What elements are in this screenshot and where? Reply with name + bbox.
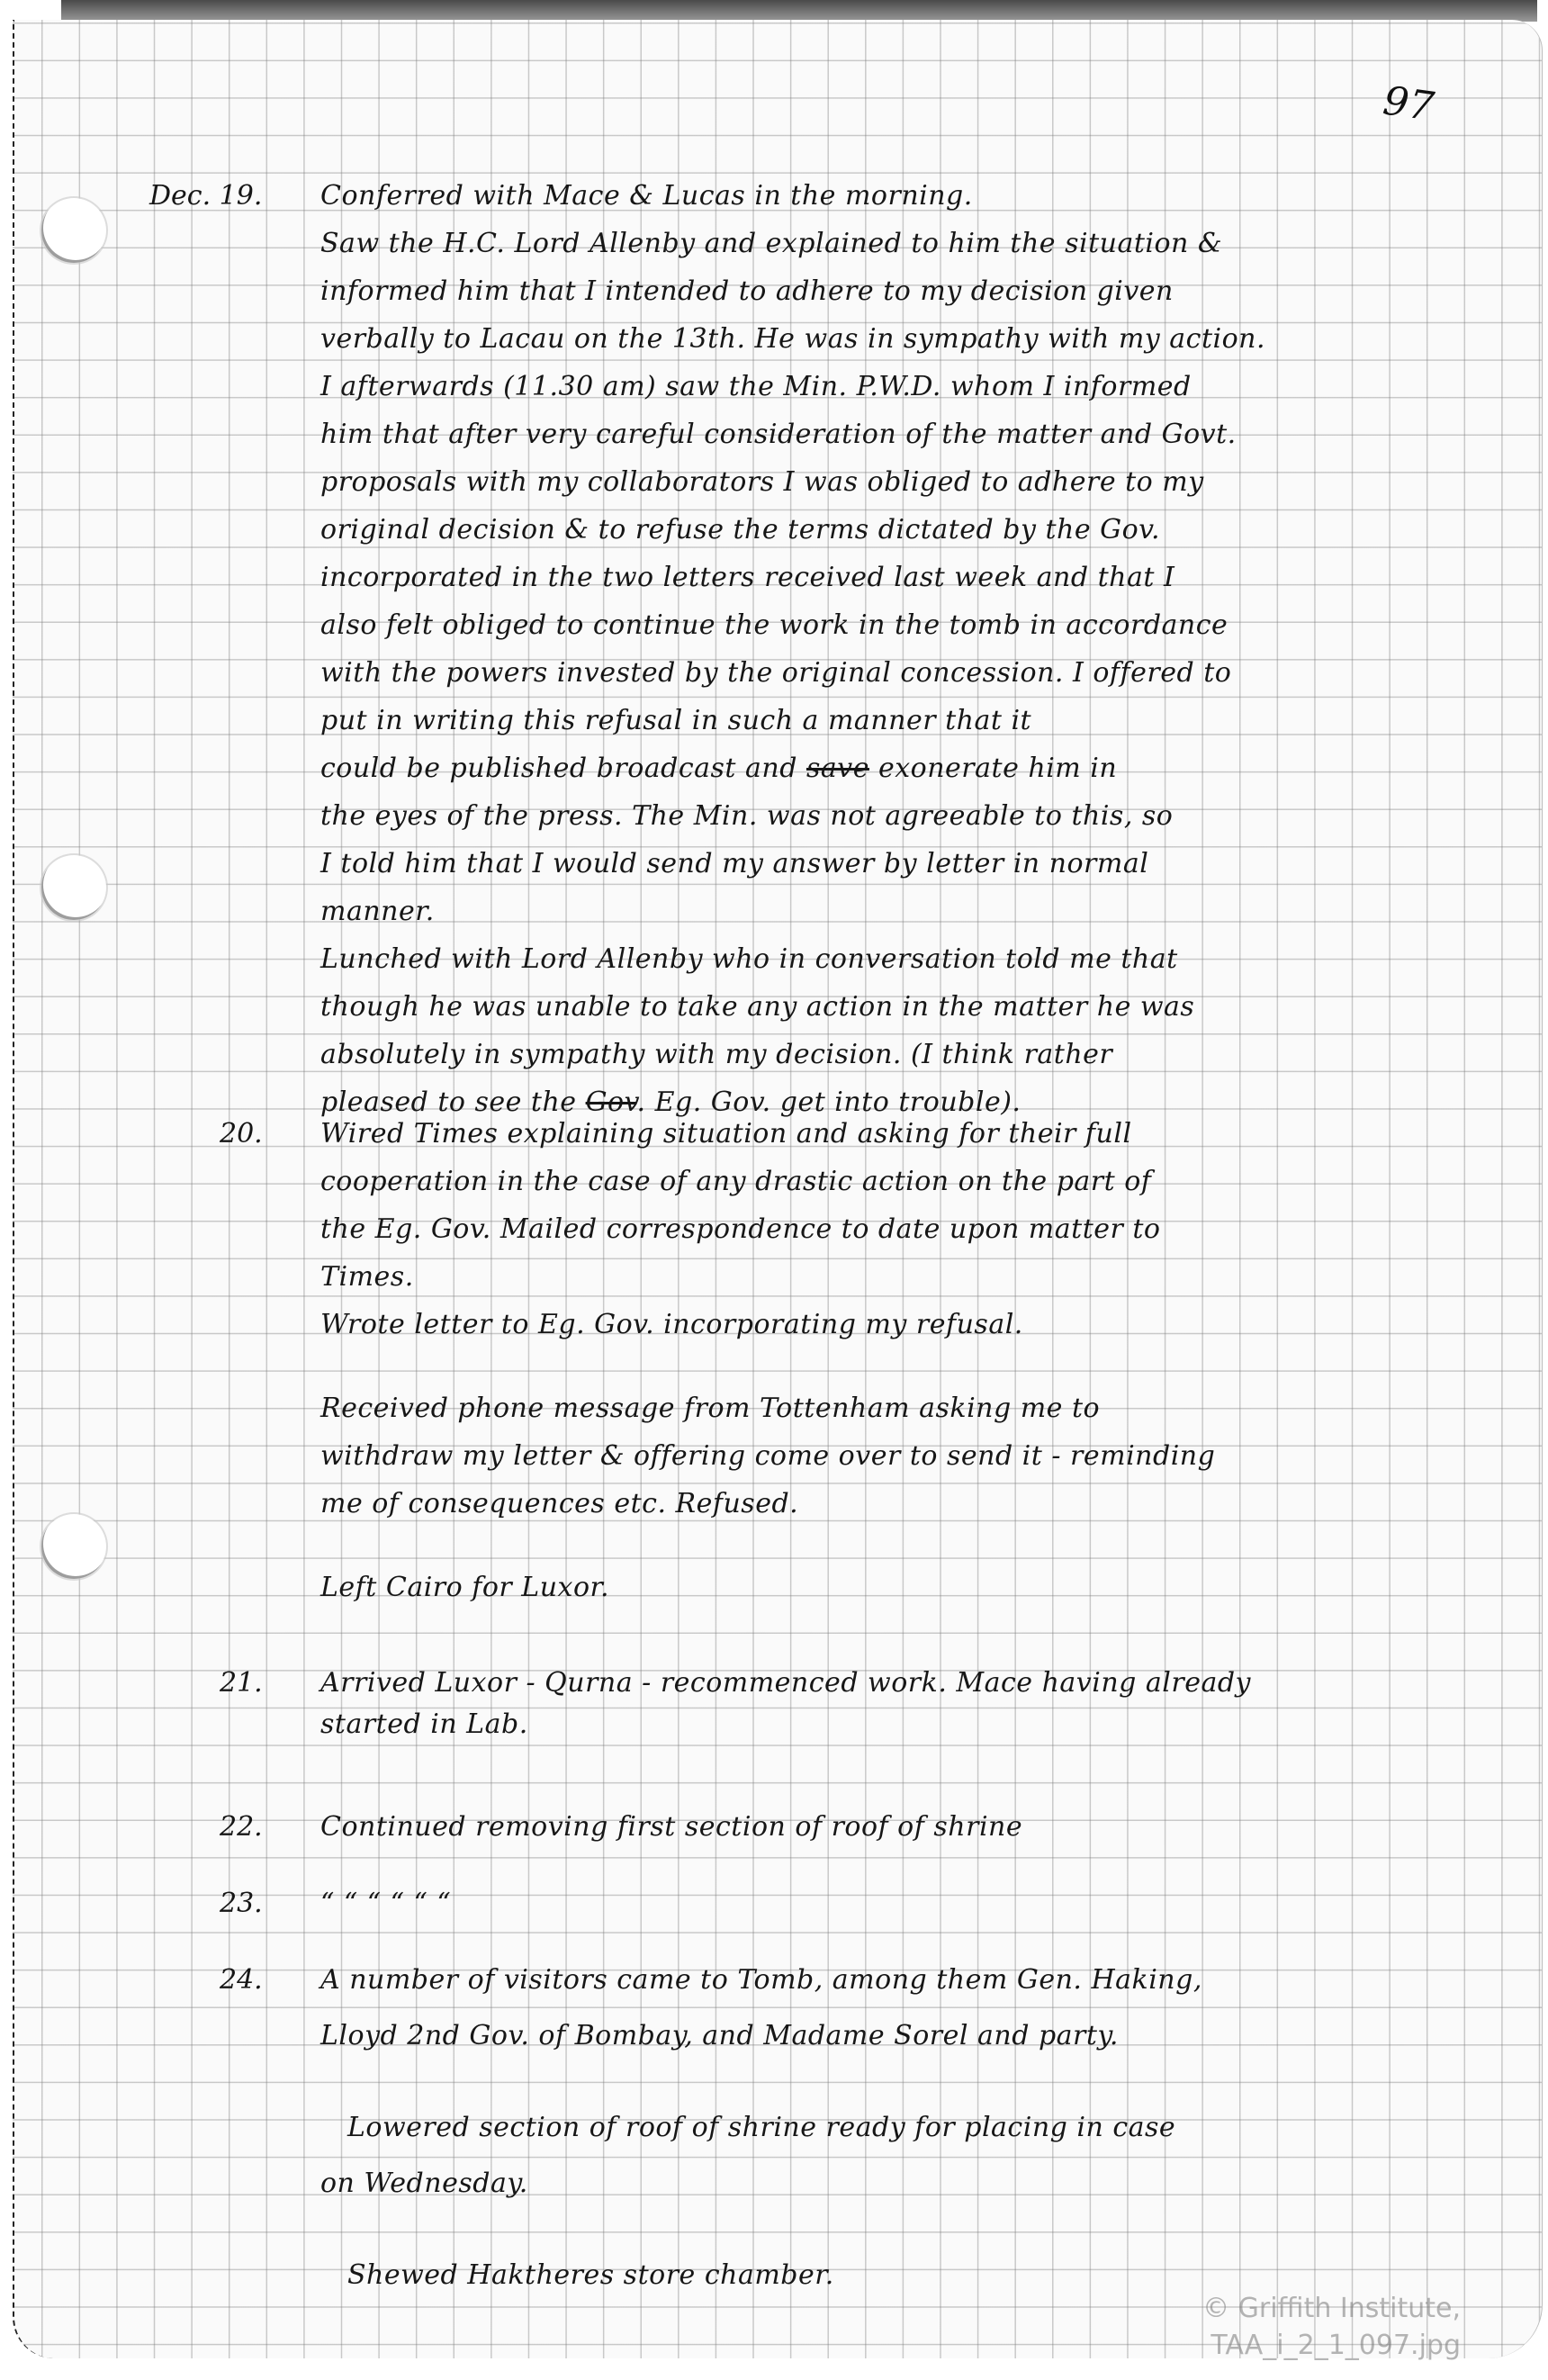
handwritten-line: Left Cairo for Luxor. — [320, 1572, 609, 1603]
handwritten-line: Shewed Haktheres store chamber. — [347, 2259, 834, 2291]
handwritten-line: could be published broadcast and save ex… — [320, 753, 1117, 784]
handwritten-line: manner. — [320, 896, 435, 927]
handwritten-line: A number of visitors came to Tomb, among… — [320, 1964, 1202, 1996]
handwritten-line: Lloyd 2nd Gov. of Bombay, and Madame Sor… — [320, 2020, 1119, 2051]
struck-out-word: Gov — [586, 1086, 637, 1118]
entry-date: 22. — [220, 1811, 263, 1843]
handwritten-line: put in writing this refusal in such a ma… — [320, 705, 1031, 736]
handwritten-line: proposals with my collaborators I was ob… — [320, 466, 1204, 498]
handwritten-line: I afterwards (11.30 am) saw the Min. P.W… — [320, 371, 1192, 402]
punch-hole-icon — [41, 1514, 106, 1579]
entry-date: 23. — [220, 1888, 263, 1919]
entry-date: Dec. 19. — [149, 180, 262, 212]
handwritten-line: me of consequences etc. Refused. — [320, 1488, 798, 1519]
entry-date: 24. — [220, 1964, 263, 1996]
handwritten-line: I told him that I would send my answer b… — [320, 848, 1148, 879]
handwritten-line: Wired Times explaining situation and ask… — [320, 1118, 1132, 1149]
punch-hole-icon — [41, 198, 106, 263]
handwritten-line: Continued removing first section of roof… — [320, 1811, 1022, 1843]
handwritten-line: incorporated in the two letters received… — [320, 562, 1174, 593]
handwritten-line: absolutely in sympathy with my decision.… — [320, 1039, 1112, 1070]
handwritten-line: informed him that I intended to adhere t… — [320, 275, 1174, 307]
entry-date: 21. — [220, 1667, 263, 1699]
watermark-copyright: © Griffith Institute, — [1202, 2290, 1461, 2327]
handwritten-line: Lunched with Lord Allenby who in convers… — [320, 943, 1178, 975]
handwritten-line: withdraw my letter & offering come over … — [320, 1440, 1215, 1472]
handwritten-line: Times. — [320, 1261, 414, 1293]
handwritten-line: pleased to see the Gov. Eg. Gov. get int… — [320, 1086, 1021, 1118]
handwritten-line: “ “ “ “ “ “ — [320, 1888, 451, 1919]
struck-out-word: save — [806, 753, 869, 784]
handwritten-line: the Eg. Gov. Mailed correspondence to da… — [320, 1213, 1161, 1245]
handwritten-line: original decision & to refuse the terms … — [320, 514, 1160, 545]
handwritten-line: verbally to Lacau on the 13th. He was in… — [320, 323, 1265, 355]
handwritten-line: though he was unable to take any action … — [320, 991, 1194, 1023]
watermark-filename: TAA_i_2_1_097.jpg — [1202, 2327, 1461, 2364]
handwritten-line: cooperation in the case of any drastic a… — [320, 1166, 1151, 1197]
handwritten-line: the eyes of the press. The Min. was not … — [320, 800, 1173, 832]
page-number: 97 — [1381, 77, 1437, 130]
handwritten-line: also felt obliged to continue the work i… — [320, 609, 1228, 641]
notebook-page: 97 Dec. 19.Conferred with Mace & Lucas i… — [13, 20, 1543, 2358]
handwritten-line: Saw the H.C. Lord Allenby and explained … — [320, 228, 1222, 259]
handwritten-line: Wrote letter to Eg. Gov. incorporating m… — [320, 1309, 1023, 1340]
scan-edge-shadow — [61, 0, 1537, 22]
copyright-watermark: © Griffith Institute, TAA_i_2_1_097.jpg — [1202, 2290, 1461, 2364]
handwritten-line: with the powers invested by the original… — [320, 657, 1231, 689]
handwritten-line: him that after very careful consideratio… — [320, 419, 1237, 450]
handwritten-line: on Wednesday. — [320, 2168, 528, 2199]
punch-hole-icon — [41, 855, 106, 920]
handwritten-line: Received phone message from Tottenham as… — [320, 1393, 1100, 1424]
handwritten-line: Lowered section of roof of shrine ready … — [347, 2112, 1175, 2143]
handwritten-line: Conferred with Mace & Lucas in the morni… — [320, 180, 973, 212]
entry-date: 20. — [220, 1118, 263, 1149]
handwritten-line: started in Lab. — [320, 1708, 528, 1740]
handwritten-line: Arrived Luxor - Qurna - recommenced work… — [320, 1667, 1251, 1699]
